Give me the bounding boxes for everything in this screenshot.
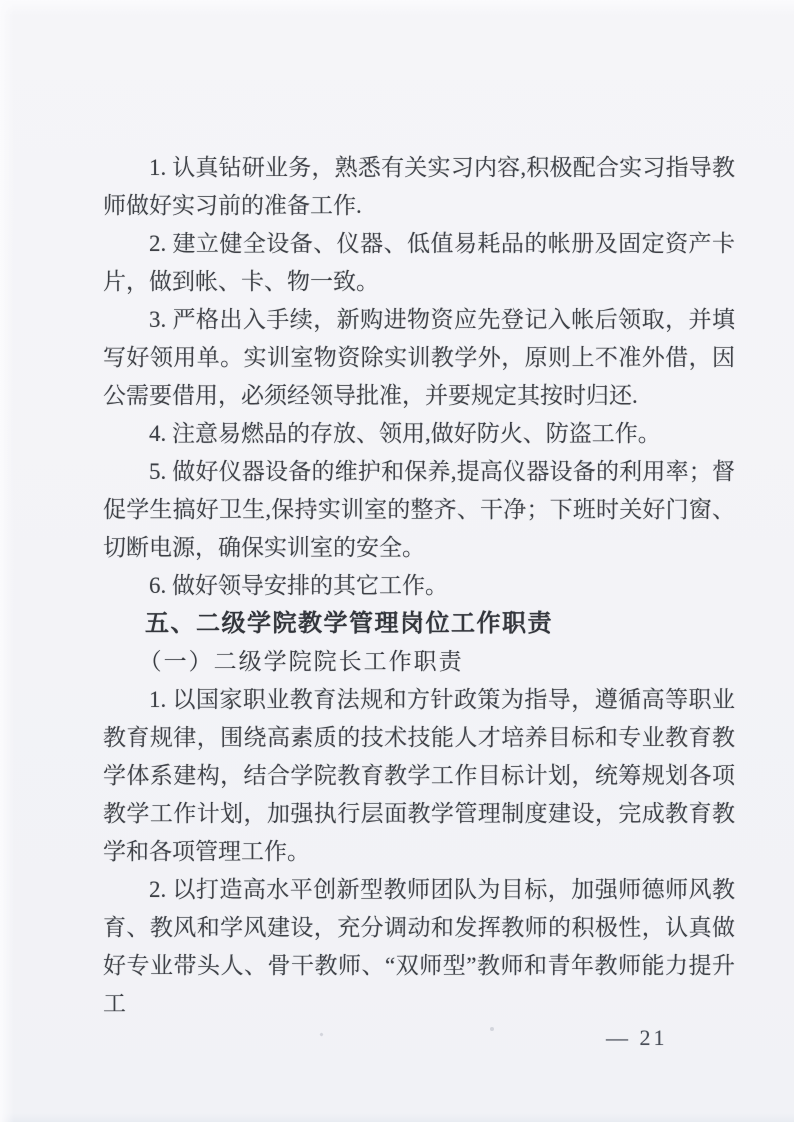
paragraph-duty-3: 3. 严格出入手续，新购进物资应先登记入帐后领取，并填写好领用单。实训室物资除实… — [103, 301, 735, 415]
scan-speck — [319, 1032, 323, 1036]
paragraph-dean-duty-2: 2. 以打造高水平创新型教师团队为目标，加强师德师风教育、教风和学风建设，充分调… — [103, 871, 735, 1023]
scan-speck — [490, 1027, 494, 1031]
section-heading: 五、二级学院教学管理岗位工作职责 — [103, 605, 735, 643]
subsection-heading: （一）二级学院院长工作职责 — [103, 643, 735, 681]
paragraph-duty-1: 1. 认真钻研业务，熟悉有关实习内容,积极配合实习指导教师做好实习前的准备工作. — [103, 149, 735, 225]
paragraph-duty-5: 5. 做好仪器设备的维护和保养,提高仪器设备的利用率；督促学生搞好卫生,保持实训… — [103, 453, 735, 567]
scanned-page: 1. 认真钻研业务，熟悉有关实习内容,积极配合实习指导教师做好实习前的准备工作.… — [0, 0, 794, 1122]
page-number: — 21 — [606, 1025, 668, 1051]
paragraph-duty-2: 2. 建立健全设备、仪器、低值易耗品的帐册及固定资产卡片，做到帐、卡、物一致。 — [103, 225, 735, 301]
paragraph-duty-4: 4. 注意易燃品的存放、领用,做好防火、防盗工作。 — [103, 415, 735, 453]
paragraph-duty-6: 6. 做好领导安排的其它工作。 — [103, 567, 735, 605]
paragraph-dean-duty-1: 1. 以国家职业教育法规和方针政策为指导，遵循高等职业教育规律，围绕高素质的技术… — [103, 681, 735, 871]
document-body: 1. 认真钻研业务，熟悉有关实习内容,积极配合实习指导教师做好实习前的准备工作.… — [103, 149, 735, 1023]
